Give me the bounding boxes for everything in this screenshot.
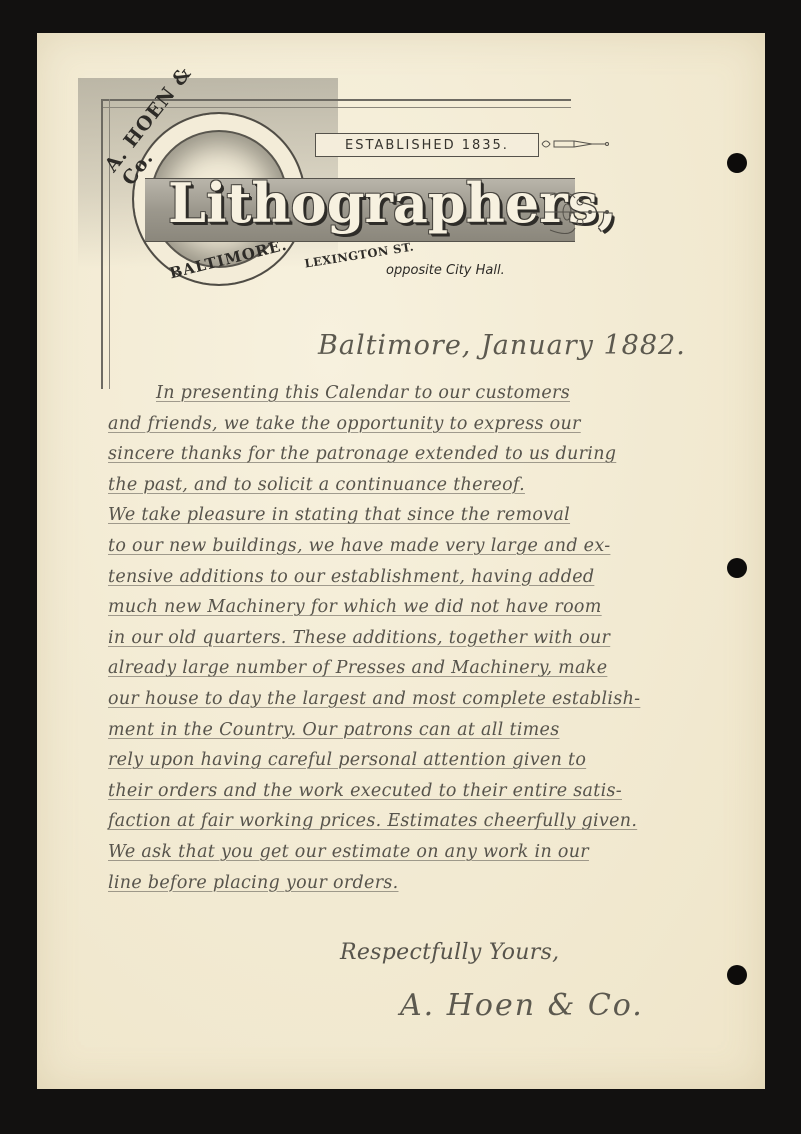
frame-border-left	[101, 99, 110, 389]
letter-line: We take pleasure in stating that since t…	[108, 500, 708, 531]
letter-line: to our new buildings, we have made very …	[108, 531, 708, 562]
letter-line: sincere thanks for the patronage extende…	[108, 439, 708, 470]
signature: A. Hoen & Co.	[400, 988, 644, 1023]
letter-line: our house to day the largest and most co…	[108, 684, 708, 715]
letter-line: rely upon having careful personal attent…	[108, 745, 708, 776]
punch-hole	[727, 558, 747, 578]
punch-hole	[727, 965, 747, 985]
closing: Respectfully Yours,	[340, 940, 559, 965]
pen-nib-icon	[540, 138, 610, 150]
letter-line: We ask that you get our estimate on any …	[108, 837, 708, 868]
letter-line: and friends, we take the opportunity to …	[108, 409, 708, 440]
letter-line: in our old quarters. These additions, to…	[108, 623, 708, 654]
letter-line: their orders and the work executed to th…	[108, 776, 708, 807]
letter-line: already large number of Presses and Mach…	[108, 653, 708, 684]
letter-line: faction at fair working prices. Estimate…	[108, 806, 708, 837]
letter-line: ment in the Country. Our patrons can at …	[108, 715, 708, 746]
letter-line: In presenting this Calendar to our custo…	[108, 378, 708, 409]
letter-line: tensive additions to our establishment, …	[108, 562, 708, 593]
flourish-ornament-icon	[545, 190, 615, 240]
dateline: Baltimore, January 1882.	[318, 330, 686, 361]
location-note: opposite City Hall.	[386, 263, 505, 278]
letter-line: much new Machinery for which we did not …	[108, 592, 708, 623]
established-label: ESTABLISHED 1835.	[315, 133, 539, 157]
punch-hole	[727, 153, 747, 173]
letter-line: line before placing your orders.	[108, 868, 708, 899]
letter-line: the past, and to solicit a continuance t…	[108, 470, 708, 501]
letter-body: In presenting this Calendar to our custo…	[108, 378, 708, 898]
